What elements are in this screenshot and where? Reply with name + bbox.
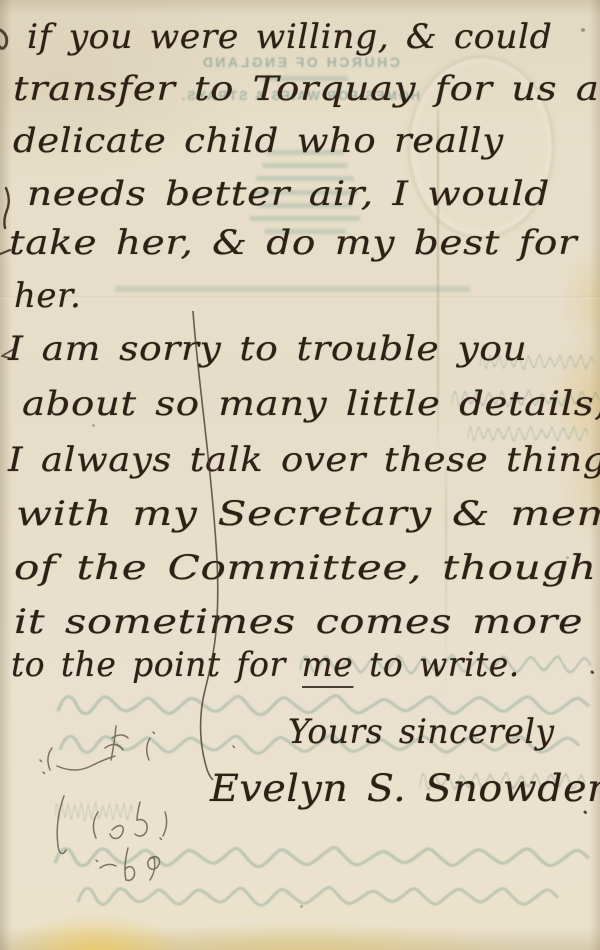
letter-closing: Yours sincerely xyxy=(288,715,554,749)
bleedthrough-illegible-line xyxy=(250,216,360,221)
letter-line: about so many little details, xyxy=(22,387,600,421)
letter-line: delicate child who really xyxy=(13,124,504,158)
letter-line-final-post: to write. xyxy=(353,645,519,685)
letter-line: transfer to Torquay for us a xyxy=(13,72,600,106)
letter-line: take her, & do my best for xyxy=(9,226,577,260)
letter-line-final: to the point for me to write. xyxy=(11,648,520,682)
letter-line: if you were willing, & could xyxy=(27,20,552,54)
bleedthrough-illegible-rule xyxy=(115,286,470,292)
letter-line: needs better air, I would xyxy=(27,177,550,211)
letter-line: of the Committee, though xyxy=(14,551,597,585)
letter-line: it sometimes comes more xyxy=(14,605,583,639)
letter-line: I always talk over these things xyxy=(8,443,600,477)
letter-line: her. xyxy=(14,279,81,313)
underlined-word-me: me xyxy=(302,645,354,688)
letter-line-final-pre: to the point for xyxy=(11,645,302,685)
letter-line: with my Secretary & members xyxy=(16,497,600,531)
letter-line: I am sorry to trouble you xyxy=(8,332,527,366)
scanned-letter-page: CHURCH OF ENGLAND HOMES FOR WAIFS & STRA… xyxy=(0,0,600,950)
bleedthrough-illegible-line xyxy=(262,163,348,168)
letter-signature: Evelyn S. Snowden. xyxy=(210,770,600,807)
